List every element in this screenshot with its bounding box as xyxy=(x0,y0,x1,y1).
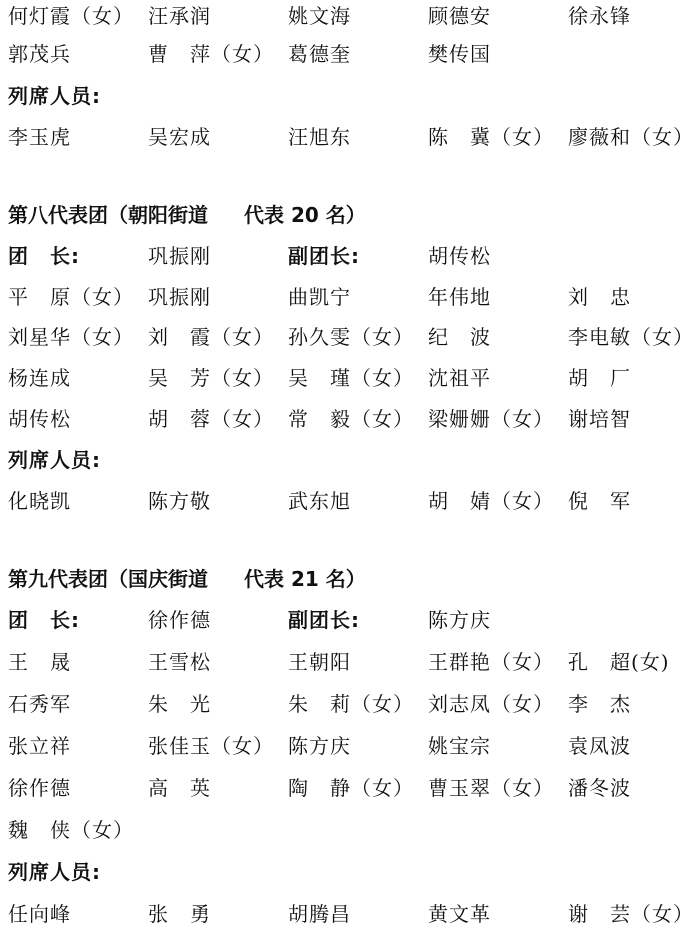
member-row: 徐作德 高 英 陶 静（女） 曹玉翠（女） 潘冬波 xyxy=(0,768,700,809)
attendees-label: 列席人员: xyxy=(8,440,101,481)
member-name: 平 原（女） xyxy=(8,277,134,318)
member-name: 孔 超(女) xyxy=(568,642,670,683)
member-name: 刘 霞（女） xyxy=(148,317,274,358)
attendees-label: 列席人员: xyxy=(8,852,101,893)
member-name: 王 晟 xyxy=(8,642,71,683)
member-name: 高 英 xyxy=(148,768,211,809)
member-name: 王群艳（女） xyxy=(428,642,554,683)
attendees-heading-row: 列席人员: xyxy=(0,852,700,893)
attendee-name: 李玉虎 xyxy=(8,117,71,158)
member-name: 朱 莉（女） xyxy=(288,684,414,725)
member-name: 沈祖平 xyxy=(428,358,491,399)
member-name: 魏 侠（女） xyxy=(8,810,134,851)
attendee-name: 胡腾昌 xyxy=(288,894,351,935)
attendees-heading-row: 列席人员: xyxy=(0,76,700,117)
group9-title-row: 第九代表团（国庆街道代表 21 名） xyxy=(0,559,700,600)
deputy-leader-name: 胡传松 xyxy=(428,236,491,277)
member-name: 谢培智 xyxy=(568,399,631,440)
leader-label: 团 长: xyxy=(8,236,80,277)
member-name: 何灯霞（女） xyxy=(8,0,134,37)
member-name: 顾德安 xyxy=(428,0,491,37)
member-name: 胡 厂 xyxy=(568,358,631,399)
member-name: 徐作德 xyxy=(8,768,71,809)
attendee-name: 胡 婧（女） xyxy=(428,481,554,522)
member-name: 刘星华（女） xyxy=(8,317,134,358)
member-name: 吴 芳（女） xyxy=(148,358,274,399)
attendee-row: 任向峰 张 勇 胡腾昌 黄文革 谢 芸（女） xyxy=(0,894,700,935)
member-name: 姚文海 xyxy=(288,0,351,37)
group-title: 第九代表团（国庆街道代表 21 名） xyxy=(8,559,366,600)
member-row: 魏 侠（女） xyxy=(0,810,700,851)
member-name: 朱 光 xyxy=(148,684,211,725)
attendee-row: 李玉虎 吴宏成 汪旭东 陈 冀（女） 廖薇和（女） xyxy=(0,117,700,158)
member-name: 张立祥 xyxy=(8,726,71,767)
attendee-name: 黄文革 xyxy=(428,894,491,935)
group-title-main: 第八代表团（朝阳街道 xyxy=(8,203,208,227)
group-title: 第八代表团（朝阳街道代表 20 名） xyxy=(8,195,366,236)
member-name: 曹玉翠（女） xyxy=(428,768,554,809)
attendee-name: 汪旭东 xyxy=(288,117,351,158)
attendee-name: 任向峰 xyxy=(8,894,71,935)
attendee-name: 廖薇和（女） xyxy=(568,117,694,158)
leader-name: 徐作德 xyxy=(148,600,211,641)
member-name: 常 毅（女） xyxy=(288,399,414,440)
member-name: 胡 蓉（女） xyxy=(148,399,274,440)
member-name: 曲凯宁 xyxy=(288,277,351,318)
member-row: 王 晟 王雪松 王朝阳 王群艳（女） 孔 超(女) xyxy=(0,642,700,683)
deputy-leader-name: 陈方庆 xyxy=(428,600,491,641)
group-title-count: 代表 21 名） xyxy=(244,567,366,591)
attendee-name: 谢 芸（女） xyxy=(568,894,694,935)
member-name: 陶 静（女） xyxy=(288,768,414,809)
member-name: 姚宝宗 xyxy=(428,726,491,767)
leader-label: 团 长: xyxy=(8,600,80,641)
member-name: 纪 波 xyxy=(428,317,491,358)
member-name: 陈方庆 xyxy=(288,726,351,767)
member-name: 郭茂兵 xyxy=(8,34,71,75)
member-name: 曹 萍（女） xyxy=(148,34,274,75)
deputy-leader-label: 副团长: xyxy=(288,236,360,277)
member-name: 胡传松 xyxy=(8,399,71,440)
member-name: 巩振刚 xyxy=(148,277,211,318)
attendee-name: 张 勇 xyxy=(148,894,211,935)
attendee-name: 化晓凯 xyxy=(8,481,71,522)
member-name: 刘志凤（女） xyxy=(428,684,554,725)
member-name: 徐永锋 xyxy=(568,0,631,37)
group-title-count: 代表 20 名） xyxy=(244,203,366,227)
member-name: 樊传国 xyxy=(428,34,491,75)
attendee-name: 武东旭 xyxy=(288,481,351,522)
member-row: 郭茂兵 曹 萍（女） 葛德奎 樊传国 xyxy=(0,34,700,75)
member-name: 葛德奎 xyxy=(288,34,351,75)
member-name: 王朝阳 xyxy=(288,642,351,683)
member-name: 汪承润 xyxy=(148,0,211,37)
member-name: 张佳玉（女） xyxy=(148,726,274,767)
member-name: 石秀军 xyxy=(8,684,71,725)
deputy-leader-label: 副团长: xyxy=(288,600,360,641)
member-name: 孙久雯（女） xyxy=(288,317,414,358)
member-name: 王雪松 xyxy=(148,642,211,683)
leader-name: 巩振刚 xyxy=(148,236,211,277)
group-title-main: 第九代表团（国庆街道 xyxy=(8,567,208,591)
attendees-label: 列席人员: xyxy=(8,76,101,117)
member-row: 石秀军 朱 光 朱 莉（女） 刘志凤（女） 李 杰 xyxy=(0,684,700,725)
member-name: 杨连成 xyxy=(8,358,71,399)
group8-leaders-row: 团 长: 巩振刚 副团长: 胡传松 xyxy=(0,236,700,277)
member-row: 胡传松 胡 蓉（女） 常 毅（女） 梁姗姗（女） 谢培智 xyxy=(0,399,700,440)
member-name: 李电敏（女） xyxy=(568,317,694,358)
member-name: 吴 瑾（女） xyxy=(288,358,414,399)
member-name: 李 杰 xyxy=(568,684,631,725)
attendee-name: 陈 冀（女） xyxy=(428,117,554,158)
member-name: 年伟地 xyxy=(428,277,491,318)
member-row: 何灯霞（女） 汪承润 姚文海 顾德安 徐永锋 xyxy=(0,0,700,37)
attendee-name: 吴宏成 xyxy=(148,117,211,158)
member-row: 平 原（女） 巩振刚 曲凯宁 年伟地 刘 忠 xyxy=(0,277,700,318)
group8-title-row: 第八代表团（朝阳街道代表 20 名） xyxy=(0,195,700,236)
attendees-heading-row: 列席人员: xyxy=(0,440,700,481)
attendee-name: 陈方敬 xyxy=(148,481,211,522)
member-name: 袁凤波 xyxy=(568,726,631,767)
attendee-name: 倪 军 xyxy=(568,481,631,522)
member-row: 张立祥 张佳玉（女） 陈方庆 姚宝宗 袁凤波 xyxy=(0,726,700,767)
attendee-row: 化晓凯 陈方敬 武东旭 胡 婧（女） 倪 军 xyxy=(0,481,700,522)
member-name: 梁姗姗（女） xyxy=(428,399,554,440)
member-name: 刘 忠 xyxy=(568,277,631,318)
member-row: 杨连成 吴 芳（女） 吴 瑾（女） 沈祖平 胡 厂 xyxy=(0,358,700,399)
member-row: 刘星华（女） 刘 霞（女） 孙久雯（女） 纪 波 李电敏（女） xyxy=(0,317,700,358)
member-name: 潘冬波 xyxy=(568,768,631,809)
group9-leaders-row: 团 长: 徐作德 副团长: 陈方庆 xyxy=(0,600,700,641)
